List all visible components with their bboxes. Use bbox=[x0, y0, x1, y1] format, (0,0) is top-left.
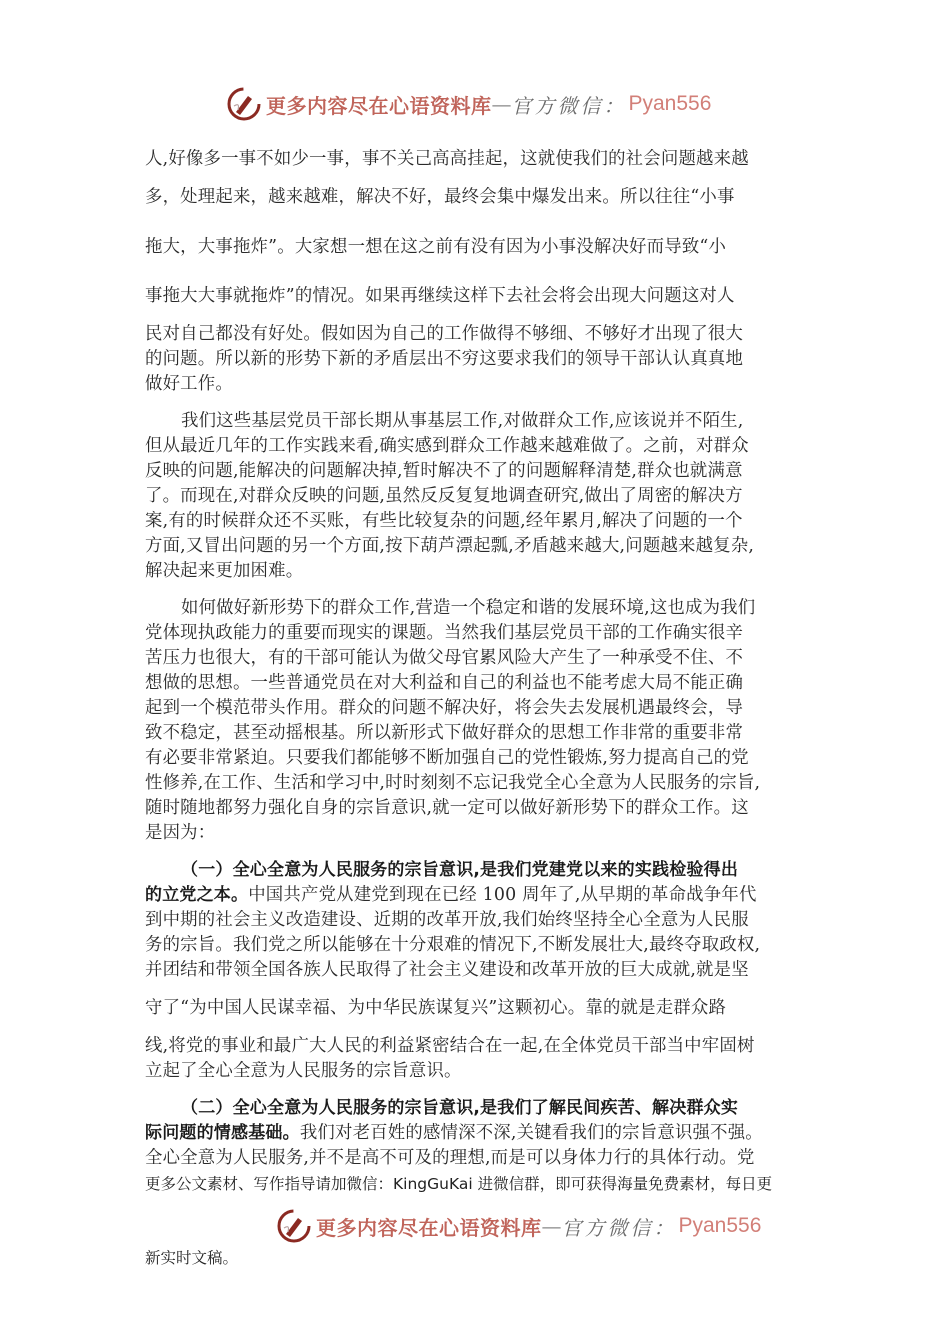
text-line: 案,有的时候群众还不买账，有些比较复杂的问题,经年累月,解决了问题的一个 bbox=[145, 509, 743, 533]
line-text: 守了“为中国人民谋幸福、为中华民族谋复兴”这颗初心。靠的就是走群众路 bbox=[145, 998, 726, 1018]
line-text: 我们这些基层党员干部长期从事基层工作,对做群众工作,应该说并不陌生, bbox=[181, 411, 744, 431]
line-text: 中国共产党从建党到现在已经 100 周年了,从早期的革命战争年代 bbox=[248, 885, 756, 905]
text-line: 际问题的情感基础。我们对老百姓的感情深不深,关键看我们的宗旨意识强不强。 bbox=[145, 1121, 763, 1145]
text-line: 多，处理起来，越来越难，解决不好，最终会集中爆发出来。所以往往“小事 bbox=[145, 185, 735, 209]
text-line: 想做的思想。一些普通党员在对大利益和自己的利益也不能考虑大局不能正确 bbox=[145, 671, 743, 695]
text-line: 致不稳定，甚至动摇根基。所以新形式下做好群众的思想工作非常的重要非常 bbox=[145, 721, 743, 745]
text-line: 拖大，大事拖炸”。大家想一想在这之前有没有因为小事没解决好而导致“小 bbox=[145, 235, 726, 259]
line-text: 到中期的社会主义改造建设、近期的改革开放,我们始终坚持全心全意为人民服 bbox=[145, 910, 749, 930]
pen-logo-icon bbox=[276, 1208, 312, 1244]
line-text: 事拖大大事就拖炸”的情况。如果再继续这样下去社会将会出现大问题这对人 bbox=[145, 286, 735, 306]
line-text: 拖大，大事拖炸”。大家想一想在这之前有没有因为小事没解决好而导致“小 bbox=[145, 237, 726, 257]
line-text: 性修养,在工作、生活和学习中,时时刻刻不忘记我党全心全意为人民服务的宗旨, bbox=[145, 773, 760, 793]
line-text: 的问题。所以新的形势下新的矛盾层出不穷这要求我们的领导干部认认真真地 bbox=[145, 349, 743, 369]
text-line: 反映的问题,能解决的问题解决掉,暂时解决不了的问题解释清楚,群众也就满意 bbox=[145, 459, 743, 483]
watermark-official-label: 官方微信： bbox=[512, 90, 627, 119]
text-line: 解决起来更加困难。 bbox=[145, 559, 303, 583]
bold-heading-text: 的立党之本。 bbox=[145, 885, 248, 905]
text-line: 守了“为中国人民谋幸福、为中华民族谋复兴”这颗初心。靠的就是走群众路 bbox=[145, 996, 726, 1020]
footer-promo-line-2: 新实时文稿。 bbox=[145, 1246, 238, 1268]
text-line: 苦压力也很大，有的干部可能认为做父母官累风险大产生了一种承受不住、不 bbox=[145, 646, 743, 670]
text-line: 了。而现在,对群众反映的问题,虽然反反复复地调查研究,做出了周密的解决方 bbox=[145, 484, 743, 508]
line-text: 随时随地都努力强化自身的宗旨意识,就一定可以做好新形势下的群众工作。这 bbox=[145, 798, 749, 818]
text-line: 如何做好新形势下的群众工作,营造一个稳定和谐的发展环境,这也成为我们 bbox=[145, 596, 755, 620]
text-line: 立起了全心全意为人民服务的宗旨意识。 bbox=[145, 1059, 462, 1083]
text-line: 有必要非常紧迫。只要我们都能够不断加强自己的党性锻炼,努力提高自己的党 bbox=[145, 746, 749, 770]
text-line: 到中期的社会主义改造建设、近期的改革开放,我们始终坚持全心全意为人民服 bbox=[145, 908, 749, 932]
line-text: 有必要非常紧迫。只要我们都能够不断加强自己的党性锻炼,努力提高自己的党 bbox=[145, 748, 749, 768]
text-line: 党体现执政能力的重要而现实的课题。当然我们基层党员干部的工作确实很辛 bbox=[145, 621, 743, 645]
line-text: 民对自己都没有好处。假如因为自己的工作做得不够细、不够好才出现了很大 bbox=[145, 324, 743, 344]
text-line: 随时随地都努力强化自身的宗旨意识,就一定可以做好新形势下的群众工作。这 bbox=[145, 796, 749, 820]
line-text: 并团结和带领全国各族人民取得了社会主义建设和改革开放的巨大成就,就是坚 bbox=[145, 960, 749, 980]
line-text: 解决起来更加困难。 bbox=[145, 561, 303, 581]
text-line: 是因为： bbox=[145, 821, 215, 845]
line-text: 全心全意为人民服务,并不是高不可及的理想,而是可以身体力行的具体行动。党 bbox=[145, 1148, 755, 1168]
line-text: 人,好像多一事不如少一事，事不关己高高挂起，这就使我们的社会问题越来越 bbox=[145, 149, 749, 169]
footer-promo-line-1: 更多公文素材、写作指导请加微信：KingGuKai 进微信群，即可获得海量免费素… bbox=[145, 1172, 772, 1194]
watermark-dash: — bbox=[542, 1214, 562, 1238]
text-line: 全心全意为人民服务,并不是高不可及的理想,而是可以身体力行的具体行动。党 bbox=[145, 1146, 755, 1170]
watermark-banner-bottom: 更多内容尽在心语资料库 — 官方微信： Pyan556 bbox=[276, 1206, 761, 1246]
text-line: 做好工作。 bbox=[145, 372, 233, 396]
line-text: 苦压力也很大，有的干部可能认为做父母官累风险大产生了一种承受不住、不 bbox=[145, 648, 743, 668]
watermark-banner-top: 更多内容尽在心语资料库 — 官方微信： Pyan556 bbox=[226, 84, 711, 124]
line-text: 致不稳定，甚至动摇根基。所以新形式下做好群众的思想工作非常的重要非常 bbox=[145, 723, 743, 743]
watermark-dash: — bbox=[492, 92, 512, 116]
text-line: 并团结和带领全国各族人民取得了社会主义建设和改革开放的巨大成就,就是坚 bbox=[145, 958, 749, 982]
text-line: 人,好像多一事不如少一事，事不关己高高挂起，这就使我们的社会问题越来越 bbox=[145, 147, 749, 171]
line-text: 但从最近几年的工作实践来看,确实感到群众工作越来越难做了。之前，对群众 bbox=[145, 436, 749, 456]
watermark-official-label: 官方微信： bbox=[562, 1212, 677, 1241]
bold-heading-text: （一）全心全意为人民服务的宗旨意识,是我们党建党以来的实践检验得出 bbox=[181, 860, 738, 880]
line-text: 我们对老百姓的感情深不深,关键看我们的宗旨意识强不强。 bbox=[300, 1123, 763, 1143]
watermark-main-text: 更多内容尽在心语资料库 bbox=[266, 90, 492, 119]
line-text: 反映的问题,能解决的问题解决掉,暂时解决不了的问题解释清楚,群众也就满意 bbox=[145, 461, 743, 481]
watermark-wechat-id: Pyan556 bbox=[679, 1214, 762, 1238]
text-line: 性修养,在工作、生活和学习中,时时刻刻不忘记我党全心全意为人民服务的宗旨, bbox=[145, 771, 760, 795]
bold-heading-text: 际问题的情感基础。 bbox=[145, 1123, 300, 1143]
line-text: 党体现执政能力的重要而现实的课题。当然我们基层党员干部的工作确实很辛 bbox=[145, 623, 743, 643]
text-line: 但从最近几年的工作实践来看,确实感到群众工作越来越难做了。之前，对群众 bbox=[145, 434, 749, 458]
line-text: 想做的思想。一些普通党员在对大利益和自己的利益也不能考虑大局不能正确 bbox=[145, 673, 743, 693]
line-text: 案,有的时候群众还不买账，有些比较复杂的问题,经年累月,解决了问题的一个 bbox=[145, 511, 743, 531]
text-line: 的立党之本。中国共产党从建党到现在已经 100 周年了,从早期的革命战争年代 bbox=[145, 883, 757, 907]
line-text: 方面,又冒出问题的另一个方面,按下葫芦漂起瓢,矛盾越来越大,问题越来越复杂, bbox=[145, 536, 754, 556]
line-text: 立起了全心全意为人民服务的宗旨意识。 bbox=[145, 1061, 462, 1081]
text-line: （一）全心全意为人民服务的宗旨意识,是我们党建党以来的实践检验得出 bbox=[145, 858, 738, 882]
line-text: 做好工作。 bbox=[145, 374, 233, 394]
document-page: 更多内容尽在心语资料库 — 官方微信： Pyan556 人,好像多一事不如少一事… bbox=[0, 0, 950, 1344]
text-line: 起到一个模范带头作用。群众的问题不解决好，将会失去发展机遇最终会，导 bbox=[145, 696, 743, 720]
pen-logo-icon bbox=[226, 86, 262, 122]
line-text: 如何做好新形势下的群众工作,营造一个稳定和谐的发展环境,这也成为我们 bbox=[181, 598, 755, 618]
line-text: 线,将党的事业和最广大人民的利益紧密结合在一起,在全体党员干部当中牢固树 bbox=[145, 1036, 755, 1056]
line-text: 是因为： bbox=[145, 823, 215, 843]
line-text: 多，处理起来，越来越难，解决不好，最终会集中爆发出来。所以往往“小事 bbox=[145, 187, 735, 207]
text-line: 我们这些基层党员干部长期从事基层工作,对做群众工作,应该说并不陌生, bbox=[145, 409, 744, 433]
line-text: 了。而现在,对群众反映的问题,虽然反反复复地调查研究,做出了周密的解决方 bbox=[145, 486, 743, 506]
text-line: （二）全心全意为人民服务的宗旨意识,是我们了解民间疾苦、解决群众实 bbox=[145, 1096, 738, 1120]
line-text: 务的宗旨。我们党之所以能够在十分艰难的情况下,不断发展壮大,最终夺取政权, bbox=[145, 935, 760, 955]
text-line: 务的宗旨。我们党之所以能够在十分艰难的情况下,不断发展壮大,最终夺取政权, bbox=[145, 933, 760, 957]
line-text: 起到一个模范带头作用。群众的问题不解决好，将会失去发展机遇最终会，导 bbox=[145, 698, 743, 718]
watermark-main-text: 更多内容尽在心语资料库 bbox=[316, 1212, 542, 1241]
bold-heading-text: （二）全心全意为人民服务的宗旨意识,是我们了解民间疾苦、解决群众实 bbox=[181, 1098, 738, 1118]
text-line: 方面,又冒出问题的另一个方面,按下葫芦漂起瓢,矛盾越来越大,问题越来越复杂, bbox=[145, 534, 754, 558]
text-line: 线,将党的事业和最广大人民的利益紧密结合在一起,在全体党员干部当中牢固树 bbox=[145, 1034, 755, 1058]
watermark-wechat-id: Pyan556 bbox=[629, 92, 712, 116]
text-line: 事拖大大事就拖炸”的情况。如果再继续这样下去社会将会出现大问题这对人 bbox=[145, 284, 735, 308]
text-line: 的问题。所以新的形势下新的矛盾层出不穷这要求我们的领导干部认认真真地 bbox=[145, 347, 743, 371]
text-line: 民对自己都没有好处。假如因为自己的工作做得不够细、不够好才出现了很大 bbox=[145, 322, 743, 346]
